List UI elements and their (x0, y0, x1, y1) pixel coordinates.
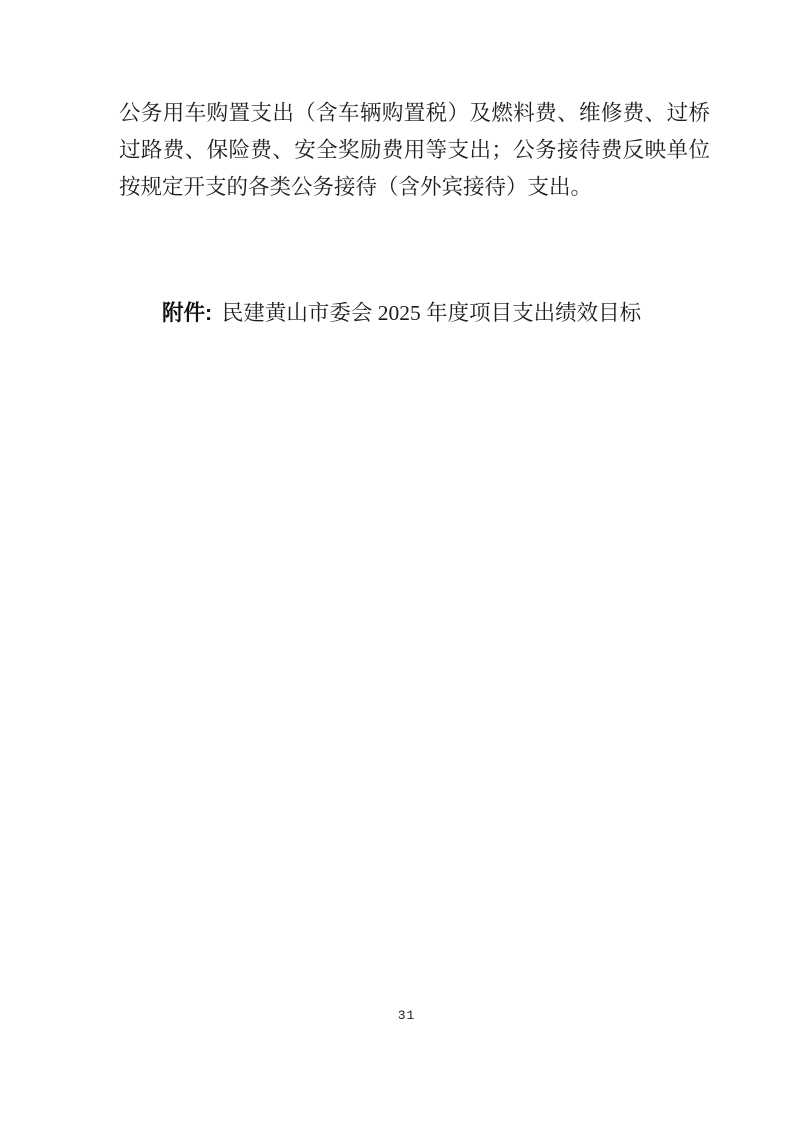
attachment-line: 附件:民建黄山市委会 2025 年度项目支出绩效目标 (119, 295, 710, 332)
page-number: 31 (0, 1008, 793, 1023)
body-paragraph: 公务用车购置支出（含车辆购置税）及燃料费、维修费、过桥 过路费、保险费、安全奖励… (119, 95, 710, 206)
paragraph-line: 过路费、保险费、安全奖励费用等支出；公务接待费反映单位 (119, 132, 710, 169)
document-page: 公务用车购置支出（含车辆购置税）及燃料费、维修费、过桥 过路费、保险费、安全奖励… (0, 0, 793, 1122)
paragraph-line: 公务用车购置支出（含车辆购置税）及燃料费、维修费、过桥 (119, 95, 710, 132)
paragraph-line: 按规定开支的各类公务接待（含外宾接待）支出。 (119, 169, 710, 206)
attachment-label: 附件: (162, 301, 212, 325)
attachment-title: 民建黄山市委会 2025 年度项目支出绩效目标 (222, 301, 641, 325)
